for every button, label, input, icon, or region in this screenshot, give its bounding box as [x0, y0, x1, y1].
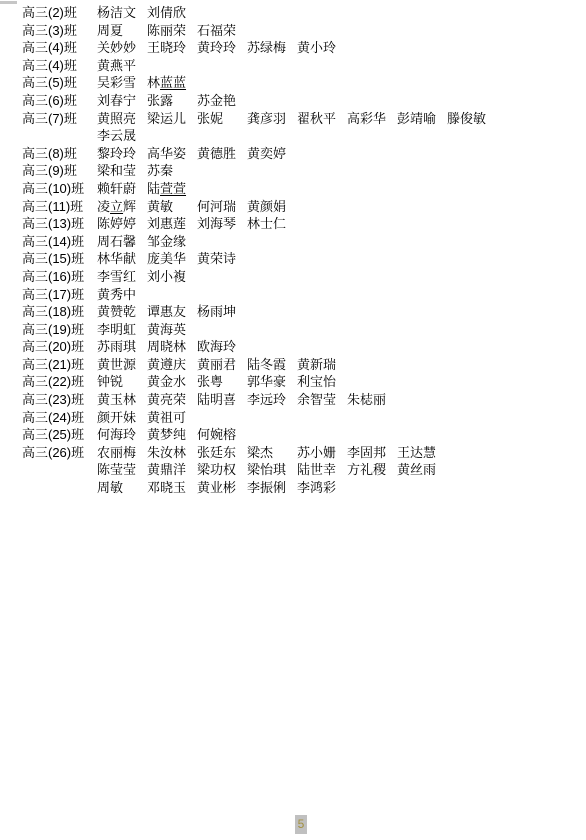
class-row: 高三(9)班 梁和莹 苏秦 [22, 162, 586, 180]
student-name: 彭靖喻 [397, 111, 436, 126]
class-label: 高三(18)班 [22, 304, 84, 319]
student-name: 周石馨 [97, 234, 136, 249]
student-name: 梁和莹 [97, 163, 136, 178]
student-name: 邓晓玉 [147, 480, 186, 495]
student-name: 龚彦羽 [247, 111, 286, 126]
student-name: 黄亮荣 [147, 392, 186, 407]
student-name: 苏金艳 [197, 93, 236, 108]
student-name: 梁功权 [197, 462, 236, 477]
student-name: 梁杰 [247, 445, 273, 460]
class-label: 高三(7)班 [22, 111, 77, 126]
student-name: 陈婷婷 [97, 216, 136, 231]
student-name: 黄德胜 [197, 146, 236, 161]
class-row: 高三(3)班 周夏 陈丽荣 石福荣 [22, 22, 586, 40]
class-row: 高三(19)班 李明虹 黄海英 [22, 321, 586, 339]
class-label: 高三(23)班 [22, 392, 84, 407]
class-label: 高三(11)班 [22, 199, 83, 214]
class-label: 高三(3)班 [22, 23, 77, 38]
student-name: 黄遵庆 [147, 357, 186, 372]
student-name: 刘海琴 [197, 216, 236, 231]
class-row-continuation: 周敏 邓晓玉 黄业彬 李振俐 李鸿彩 [22, 479, 586, 497]
student-name: 陈丽荣 [147, 23, 186, 38]
student-name: 邹金缘 [147, 234, 186, 249]
student-name: 黄丽君 [197, 357, 236, 372]
class-label: 高三(20)班 [22, 339, 84, 354]
student-name: 黄业彬 [197, 480, 236, 495]
student-name: 谭惠友 [147, 304, 186, 319]
class-label: 高三(21)班 [22, 357, 84, 372]
class-row: 高三(23)班 黄玉林 黄亮荣 陆明喜 李远玲 余智莹 朱梽丽 [22, 391, 586, 409]
student-name: 苏小姗 [297, 445, 336, 460]
student-name: 张廷东 [197, 445, 236, 460]
student-name: 朱汝林 [147, 445, 186, 460]
underlined-name-part: 立 [110, 199, 123, 214]
student-name: 黄奕婷 [247, 146, 286, 161]
class-row: 高三(10)班 赖轩蔚 陆萱萱 [22, 180, 586, 198]
student-name: 苏秦 [147, 163, 173, 178]
class-row-continuation: 李云晟 [22, 127, 586, 145]
class-row: 高三(7)班 黄照亮 梁运儿 张妮 龚彦羽 翟秋平 高彩华 彭靖喻 滕俊敏 [22, 110, 586, 128]
student-name: 黄赞乾 [97, 304, 136, 319]
class-label: 高三(6)班 [22, 93, 77, 108]
class-label: 高三(24)班 [22, 410, 84, 425]
student-name: 张露 [147, 93, 173, 108]
class-label: 高三(10)班 [22, 181, 84, 196]
student-name: 李明虹 [97, 322, 136, 337]
class-row-continuation: 陈莹莹 黄鼎洋 梁功权 梁怡琪 陆世幸 方礼稷 黄丝雨 [22, 461, 586, 479]
class-row: 高三(18)班 黄赞乾 谭惠友 杨雨坤 [22, 303, 586, 321]
student-name: 陆世幸 [297, 462, 336, 477]
student-name: 赖轩蔚 [97, 181, 136, 196]
class-label: 高三(13)班 [22, 216, 84, 231]
student-name: 周夏 [97, 23, 123, 38]
student-name: 黄敏 [147, 199, 173, 214]
student-name: 张粤 [197, 374, 223, 389]
student-name: 农丽梅 [97, 445, 136, 460]
student-name: 李鸿彩 [297, 480, 336, 495]
class-row: 高三(15)班 林华献 庞美华 黄荣诗 [22, 250, 586, 268]
student-name: 黄世源 [97, 357, 136, 372]
class-label: 高三(22)班 [22, 374, 84, 389]
class-row: 高三(22)班 钟锐 黄金水 张粤 郭华豪 利宝怡 [22, 373, 586, 391]
student-name: 黄祖可 [147, 410, 186, 425]
class-row: 高三(14)班 周石馨 邹金缘 [22, 233, 586, 251]
student-name: 凌立辉 [97, 199, 136, 214]
student-name: 黄小玲 [297, 40, 336, 55]
student-name: 陈莹莹 [97, 462, 136, 477]
page-number-field: 5 [295, 815, 307, 834]
class-row: 高三(2)班 杨洁文 刘倩欣 [22, 4, 586, 22]
student-name: 梁怡琪 [247, 462, 286, 477]
class-label: 高三(15)班 [22, 251, 84, 266]
student-name: 黄荣诗 [197, 251, 236, 266]
student-name: 李固邦 [347, 445, 386, 460]
student-name: 陆萱萱 [147, 181, 186, 196]
class-row: 高三(8)班 黎玲玲 高华姿 黄德胜 黄奕婷 [22, 145, 586, 163]
class-row: 高三(5)班 吴彩雪 林蓝蓝 [22, 74, 586, 92]
class-row: 高三(6)班 刘春宁 张露 苏金艳 [22, 92, 586, 110]
student-name: 杨雨坤 [197, 304, 236, 319]
student-name: 翟秋平 [297, 111, 336, 126]
class-label: 高三(9)班 [22, 163, 77, 178]
class-row: 高三(20)班 苏雨琪 周晓林 欧海玲 [22, 338, 586, 356]
class-row: 高三(11)班 凌立辉 黄敏 何河瑞 黄颜娟 [22, 198, 586, 216]
student-name: 林士仁 [247, 216, 286, 231]
student-name: 黄梦纯 [147, 427, 186, 442]
class-row: 高三(21)班 黄世源 黄遵庆 黄丽君 陆冬霞 黄新瑞 [22, 356, 586, 374]
underlined-name-part: 萱萱 [160, 181, 186, 196]
student-name: 黄新瑞 [297, 357, 336, 372]
student-name: 黄海英 [147, 322, 186, 337]
student-name: 颜开妹 [97, 410, 136, 425]
class-label: 高三(19)班 [22, 322, 84, 337]
student-name: 黄玉林 [97, 392, 136, 407]
student-name: 李振俐 [247, 480, 286, 495]
student-name: 方礼稷 [347, 462, 386, 477]
student-name: 何婉榕 [197, 427, 236, 442]
class-label: 高三(17)班 [22, 287, 84, 302]
class-label: 高三(25)班 [22, 427, 84, 442]
student-name: 王达慧 [397, 445, 436, 460]
student-name: 陆明喜 [197, 392, 236, 407]
student-name: 黄丝雨 [397, 462, 436, 477]
student-name: 苏绿梅 [247, 40, 286, 55]
student-name: 朱梽丽 [347, 392, 386, 407]
student-name: 周晓林 [147, 339, 186, 354]
student-name: 钟锐 [97, 374, 123, 389]
student-name: 黄鼎洋 [147, 462, 186, 477]
student-name: 李远玲 [247, 392, 286, 407]
student-name: 关妙妙 [97, 40, 136, 55]
student-name: 周敏 [97, 480, 123, 495]
student-name: 高华姿 [147, 146, 186, 161]
class-row: 高三(4)班 黄燕平 [22, 57, 586, 75]
underlined-name-part: 蓝蓝 [160, 75, 186, 90]
class-row: 高三(16)班 李雪红 刘小複 [22, 268, 586, 286]
student-name: 张妮 [197, 111, 223, 126]
document-rows: 高三(2)班 杨洁文 刘倩欣高三(3)班 周夏 陈丽荣 石福荣高三(4)班 关妙… [22, 4, 586, 497]
class-label: 高三(14)班 [22, 234, 84, 249]
student-name: 石福荣 [197, 23, 236, 38]
class-label: 高三(4)班 [22, 58, 77, 73]
student-name: 苏雨琪 [97, 339, 136, 354]
student-name: 刘惠莲 [147, 216, 186, 231]
class-label: 高三(5)班 [22, 75, 77, 90]
student-name: 庞美华 [147, 251, 186, 266]
student-name: 林蓝蓝 [147, 75, 186, 90]
student-name: 利宝怡 [297, 374, 336, 389]
student-name: 林华献 [97, 251, 136, 266]
student-name: 郭华豪 [247, 374, 286, 389]
student-name: 黄燕平 [97, 58, 136, 73]
student-name: 何河瑞 [197, 199, 236, 214]
student-name: 余智莹 [297, 392, 336, 407]
page-margin-corner-mark [0, 1, 17, 4]
student-name: 黎玲玲 [97, 146, 136, 161]
student-name: 滕俊敏 [447, 111, 486, 126]
student-name: 李云晟 [97, 128, 136, 143]
student-name: 吴彩雪 [97, 75, 136, 90]
class-row: 高三(25)班 何海玲 黄梦纯 何婉榕 [22, 426, 586, 444]
class-label: 高三(2)班 [22, 5, 77, 20]
class-row: 高三(17)班 黄秀中 [22, 286, 586, 304]
class-row: 高三(13)班 陈婷婷 刘惠莲 刘海琴 林士仁 [22, 215, 586, 233]
document-page[interactable]: 高三(2)班 杨洁文 刘倩欣高三(3)班 周夏 陈丽荣 石福荣高三(4)班 关妙… [0, 0, 586, 840]
student-name: 李雪红 [97, 269, 136, 284]
class-label: 高三(26)班 [22, 445, 84, 460]
student-name: 黄颜娟 [247, 199, 286, 214]
student-name: 刘春宁 [97, 93, 136, 108]
student-name: 王晓玲 [147, 40, 186, 55]
student-name: 黄照亮 [97, 111, 136, 126]
class-label: 高三(4)班 [22, 40, 77, 55]
class-row: 高三(26)班 农丽梅 朱汝林 张廷东 梁杰 苏小姗 李固邦 王达慧 [22, 444, 586, 462]
student-name: 黄玲玲 [197, 40, 236, 55]
student-name: 黄秀中 [97, 287, 136, 302]
class-row: 高三(4)班 关妙妙 王晓玲 黄玲玲 苏绿梅 黄小玲 [22, 39, 586, 57]
student-name: 何海玲 [97, 427, 136, 442]
class-row: 高三(24)班 颜开妹 黄祖可 [22, 409, 586, 427]
student-name: 刘小複 [147, 269, 186, 284]
student-name: 刘倩欣 [147, 5, 186, 20]
student-name: 欧海玲 [197, 339, 236, 354]
class-label: 高三(8)班 [22, 146, 77, 161]
student-name: 梁运儿 [147, 111, 186, 126]
student-name: 杨洁文 [97, 5, 136, 20]
student-name: 高彩华 [347, 111, 386, 126]
student-name: 陆冬霞 [247, 357, 286, 372]
student-name: 黄金水 [147, 374, 186, 389]
class-label: 高三(16)班 [22, 269, 84, 284]
